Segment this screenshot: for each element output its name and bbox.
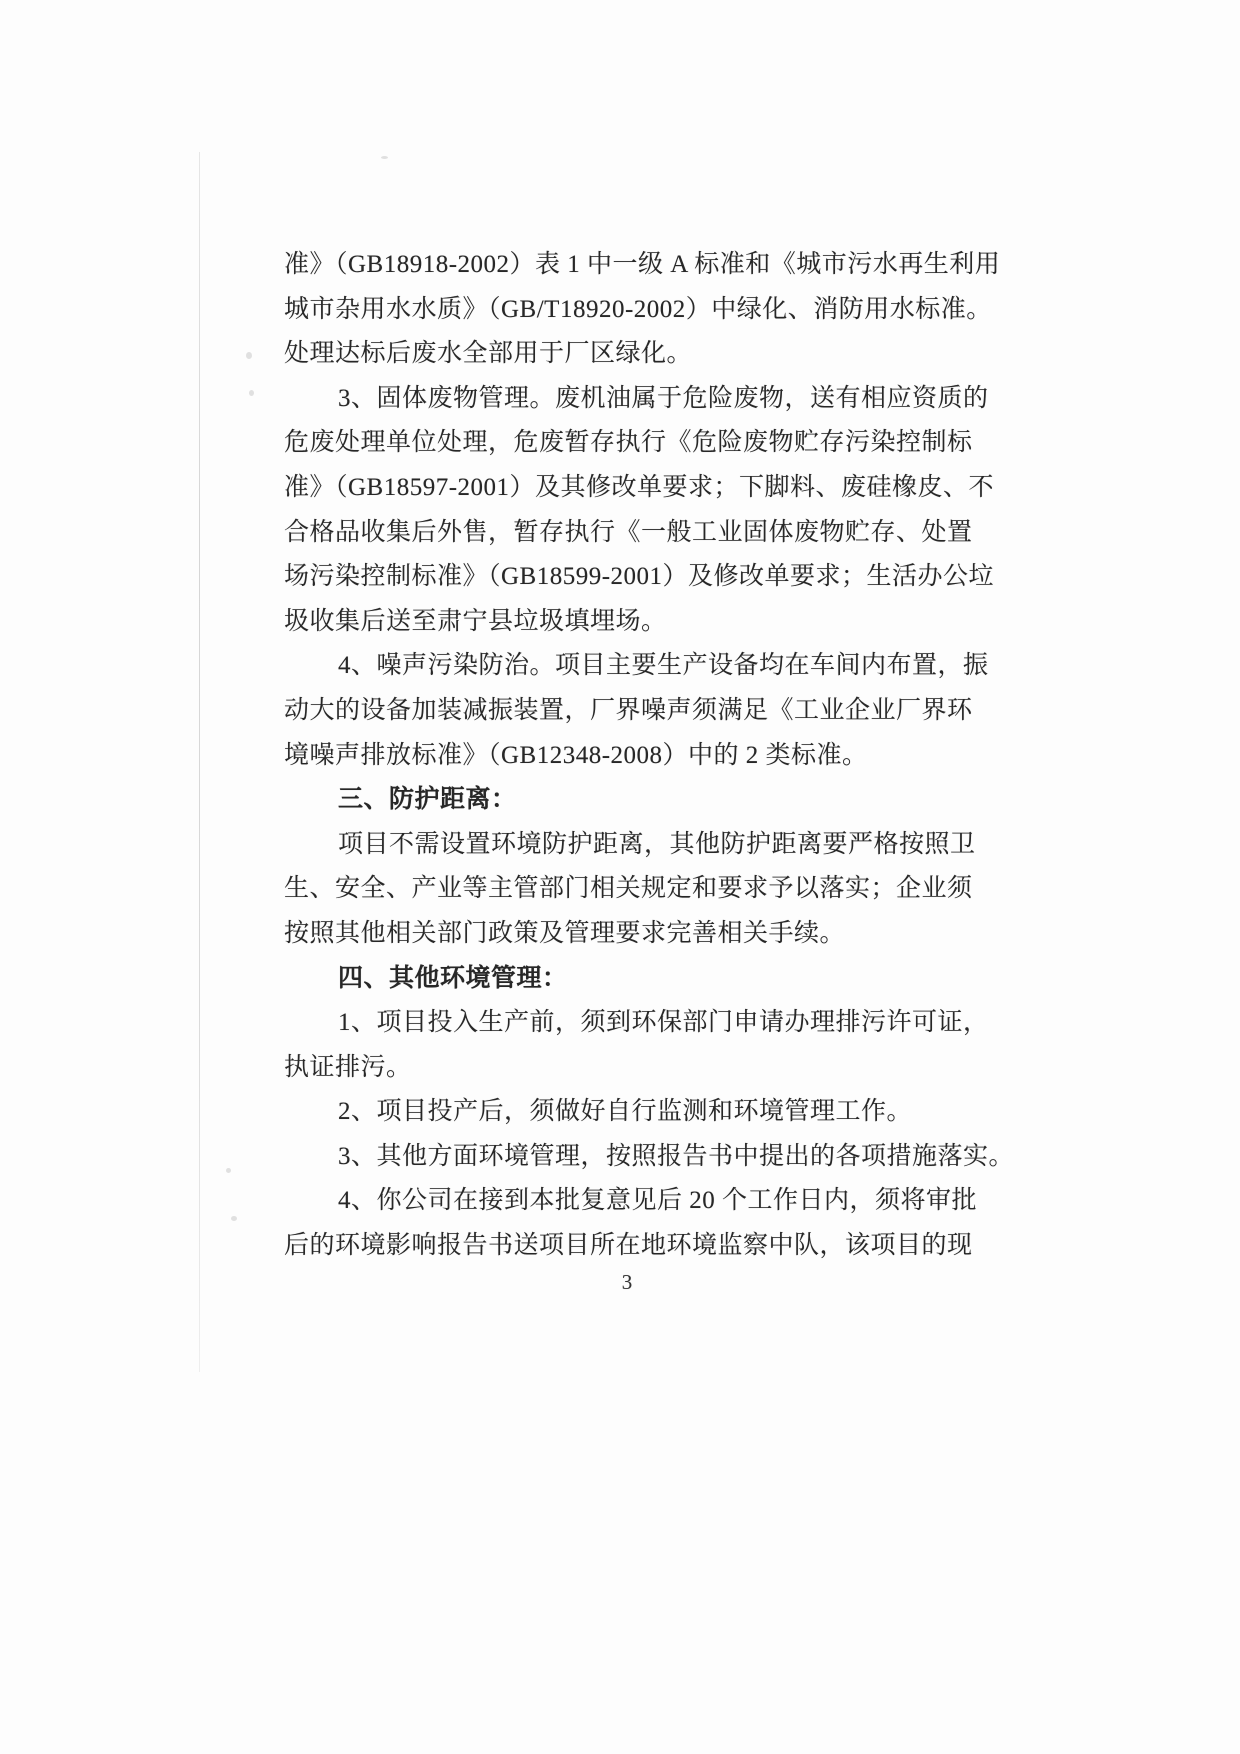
text-line: 3、固体废物管理。废机油属于危险废物，送有相应资质的	[284, 377, 866, 422]
text-line: 项目不需设置环境防护距离，其他防护距离要严格按照卫	[284, 823, 866, 868]
text-line: 境噪声排放标准》（GB12348-2008）中的 2 类标准。	[284, 734, 866, 779]
text-line: 合格品收集后外售，暂存执行《一般工业固体废物贮存、处置	[284, 511, 866, 556]
text-line: 准》（GB18597-2001）及其修改单要求；下脚料、废硅橡皮、不	[284, 466, 866, 511]
document-body: 准》（GB18918-2002）表 1 中一级 A 标准和《城市污水再生利用 城…	[284, 243, 866, 1269]
scan-speck	[231, 1216, 237, 1221]
text-line: 按照其他相关部门政策及管理要求完善相关手续。	[284, 912, 866, 957]
text-line: 3、其他方面环境管理，按照报告书中提出的各项措施落实。	[284, 1135, 866, 1180]
text-line: 2、项目投产后，须做好自行监测和环境管理工作。	[284, 1090, 866, 1135]
section-heading: 四、其他环境管理：	[284, 957, 866, 1002]
scan-speck	[249, 390, 254, 396]
text-line: 1、项目投入生产前，须到环保部门申请办理排污许可证，	[284, 1001, 866, 1046]
scan-edge-line	[199, 152, 200, 1372]
text-line: 城市杂用水水质》（GB/T18920-2002）中绿化、消防用水标准。	[284, 288, 866, 333]
text-line: 圾收集后送至肃宁县垃圾填埋场。	[284, 600, 866, 645]
text-line: 执证排污。	[284, 1046, 866, 1091]
scan-speck	[246, 352, 252, 359]
scan-speck	[381, 156, 388, 159]
text-line: 危废处理单位处理，危废暂存执行《危险废物贮存污染控制标	[284, 421, 866, 466]
text-line: 后的环境影响报告书送项目所在地环境监察中队，该项目的现	[284, 1224, 866, 1269]
text-line: 4、噪声污染防治。项目主要生产设备均在车间内布置，振	[284, 644, 866, 689]
section-heading: 三、防护距离：	[284, 778, 866, 823]
text-line: 场污染控制标准》（GB18599-2001）及修改单要求；生活办公垃	[284, 555, 866, 600]
text-line: 生、安全、产业等主管部门相关规定和要求予以落实；企业须	[284, 867, 866, 912]
text-line: 动大的设备加装减振装置，厂界噪声须满足《工业企业厂界环	[284, 689, 866, 734]
text-line: 准》（GB18918-2002）表 1 中一级 A 标准和《城市污水再生利用	[284, 243, 866, 288]
scanned-document-page: 准》（GB18918-2002）表 1 中一级 A 标准和《城市污水再生利用 城…	[0, 0, 1240, 1754]
page-number: 3	[612, 1270, 642, 1295]
text-line: 处理达标后废水全部用于厂区绿化。	[284, 332, 866, 377]
scan-speck	[226, 1168, 231, 1173]
text-line: 4、你公司在接到本批复意见后 20 个工作日内，须将审批	[284, 1179, 866, 1224]
